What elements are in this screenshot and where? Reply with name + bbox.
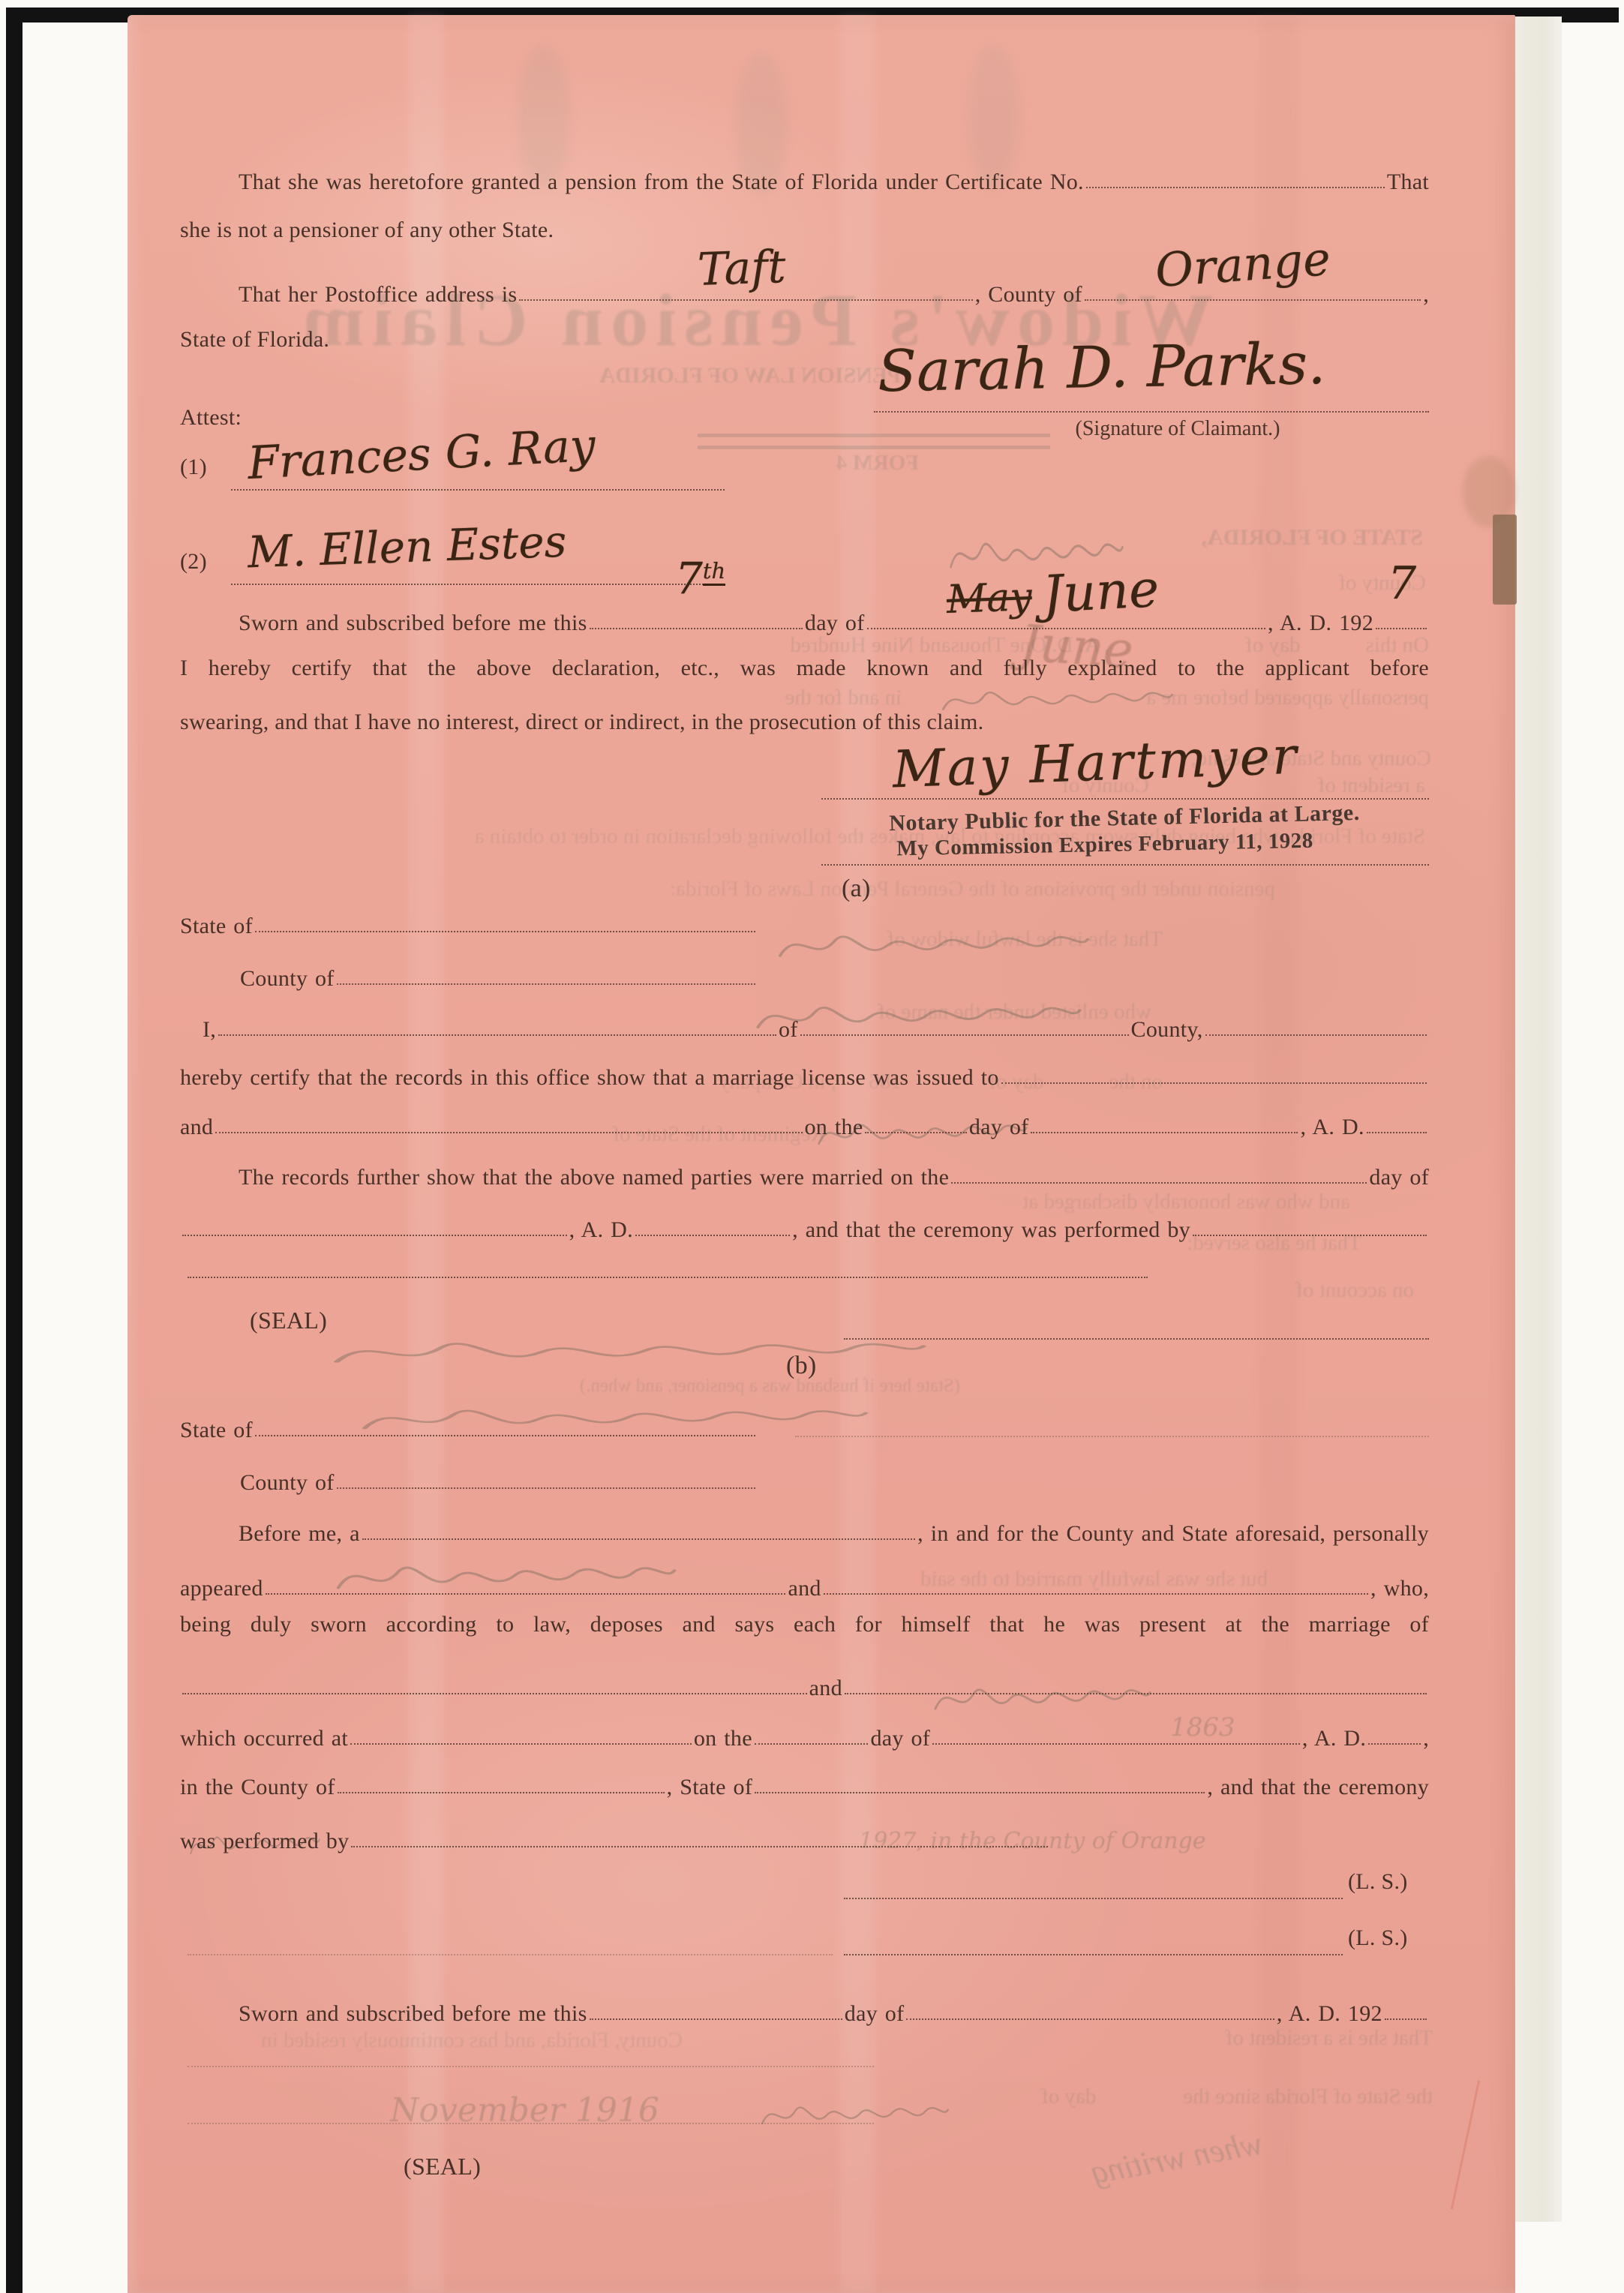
ceremony-line-a: , A. D. , and that the ceremony was perf… [180, 1207, 1429, 1241]
blank-day [590, 628, 803, 629]
ghost-state-header: STATE OF FLORIDA, [1164, 525, 1423, 550]
ghost-account-line: on account of [1241, 1279, 1414, 1303]
ghost-pensioner-note: (State here if husband was a pensioner, … [480, 1376, 960, 1397]
occurred-label: which occurred at [180, 1727, 348, 1750]
clerk-signature-line [844, 1338, 1429, 1340]
handwritten-month: June [1041, 564, 1160, 621]
certificate-line: That she was heretofore granted a pensio… [239, 159, 1429, 194]
ceremony-text: , and that the ceremony [1207, 1776, 1429, 1799]
handwritten-county: Orange [1154, 236, 1332, 294]
blank-day [755, 1743, 869, 1745]
scan-border-left [6, 8, 23, 2293]
handwritten-postoffice: Taft [697, 245, 786, 293]
seal-label-b: (SEAL) [404, 2153, 481, 2180]
trailing-comma: , [1423, 284, 1429, 306]
ghost-rule-line [188, 1954, 833, 1955]
appeared-label: appeared [180, 1577, 263, 1600]
appeared-line: appeared and , who, [180, 1565, 1429, 1600]
blank-year [635, 1235, 790, 1236]
license-date-line: and on the day of , A. D. [180, 1104, 1429, 1139]
performed-by-line: was performed by [180, 1818, 1050, 1853]
day-number: 7 [675, 553, 703, 604]
blank-officiant [1193, 1235, 1427, 1236]
witness1-line [231, 489, 725, 491]
handwritten-witness2: M. Ellen Estes [247, 520, 567, 575]
sworn-prefix: Sworn and subscribed before me this [239, 2003, 587, 2025]
witness2-number: (2) [180, 549, 207, 575]
ghost-month-offset: June [1019, 619, 1135, 676]
day-of-label: day of [870, 1727, 930, 1750]
day-of-label: day of [845, 2003, 905, 2025]
county-label: , County of [975, 284, 1082, 306]
signature-caption: (Signature of Claimant.) [983, 417, 1373, 441]
underlying-page-edge [1515, 17, 1562, 2222]
ad-label: , A. D. [569, 1219, 633, 1241]
witness2-line [231, 584, 725, 585]
ghost-handwriting-squiggle [758, 2094, 953, 2136]
state-of-line-b: State of [180, 1407, 758, 1442]
handwritten-claimant-signature: Sarah D. Parks. [877, 335, 1325, 400]
blank-month [1031, 1132, 1298, 1133]
ghost-rule [698, 446, 1050, 449]
county-state-line: in the County of , State of , and that t… [180, 1764, 1429, 1799]
blank-year [1385, 2018, 1427, 2020]
blank-witness1 [266, 1593, 786, 1595]
day-of-label: day of [805, 612, 865, 635]
blank-month [932, 1743, 1300, 1745]
signature-line [874, 411, 1429, 413]
couple-line: and [180, 1665, 1429, 1700]
day-of-label: day of [969, 1116, 1029, 1139]
blank-day [865, 1132, 966, 1133]
state-of-label: State of [180, 1419, 253, 1442]
ghost-jurat-line: On this day of , A. D. One Thousand Nine… [495, 634, 1429, 658]
certificate-that: That [1387, 171, 1429, 194]
blank-month [182, 1235, 567, 1236]
ad-label: , A. D. [1302, 1727, 1366, 1750]
day-of-label: day of [1369, 1166, 1429, 1189]
blank-state [255, 931, 755, 932]
ghost-resident-line2: That she is a resident of [1118, 2027, 1433, 2051]
pensioner-line: she is not a pensioner of any other Stat… [180, 218, 554, 243]
and-label: and [809, 1677, 842, 1700]
and-label: and [180, 1116, 213, 1139]
blank-marriage-day [951, 1182, 1367, 1184]
blank-bride [845, 1693, 1427, 1694]
blank-certificate-no [1086, 187, 1385, 188]
clerk-line: I, of County, [203, 1007, 1429, 1041]
address-label: That her Postoffice address is [239, 284, 517, 306]
handwritten-day: 7th [675, 557, 725, 600]
witness-signature-line2 [844, 1954, 1343, 1955]
ghost-resident-line3: County, Florida, and has continuously re… [188, 2029, 683, 2053]
blank-officiant [351, 1846, 1048, 1847]
i-label: I, [203, 1019, 216, 1041]
certificate-text: That she was heretofore granted a pensio… [239, 171, 1084, 194]
blank-place [350, 1743, 692, 1745]
ghost-rule-line [795, 1436, 1429, 1437]
handwritten-notary-signature: May Hartmyer [892, 731, 1300, 797]
of-label: of [779, 1019, 798, 1041]
witness1-number: (1) [180, 455, 207, 480]
county-of-label: County of [240, 1472, 335, 1494]
state-of-label: , State of [667, 1776, 752, 1799]
section-b-label: (b) [786, 1352, 817, 1380]
ad-label: , A. D. 192 [1268, 612, 1373, 635]
blank-day [590, 2018, 842, 2020]
state-line: State of Florida. [180, 327, 329, 353]
before-me-line: Before me, a , in and for the County and… [239, 1511, 1429, 1545]
ghost-form-number: FORM 4 [746, 452, 919, 476]
blank-county [338, 1792, 665, 1793]
state-of-label: State of [180, 915, 253, 938]
scanned-document: Widow's Pension Claim PENSION LAW OF FLO… [0, 0, 1624, 2293]
license-text: hereby certify that the records in this … [180, 1067, 999, 1089]
blank-state [755, 1792, 1205, 1793]
day-suffix: th [703, 558, 725, 586]
ghost-handwriting-squiggle [773, 921, 1095, 971]
blank-witness2 [824, 1593, 1368, 1595]
blank-state [255, 1435, 755, 1436]
ghost-rule-line [188, 2123, 874, 2124]
on-the-label: on the [694, 1727, 752, 1750]
seal-label-a: (SEAL) [250, 1307, 327, 1334]
and-label: and [788, 1577, 821, 1600]
performed-by-label: was performed by [180, 1830, 349, 1853]
duly-sworn-line: being duly sworn according to law, depos… [180, 1612, 1429, 1642]
continuation-line [188, 1277, 1148, 1278]
ghost-declaration-line: pension under the provisions of the Gene… [315, 878, 1275, 902]
in-and-for-text: , in and for the County and State afores… [917, 1523, 1429, 1545]
handwritten-year: 7 [1388, 561, 1416, 606]
ad-label: , A. D. [1300, 1116, 1364, 1139]
blank-clerk-name [218, 1034, 776, 1036]
jurat-line-b: Sworn and subscribed before me this day … [239, 1991, 1429, 2025]
certify-paragraph-line2: swearing, and that I have no interest, d… [180, 710, 983, 735]
county-of-line-b: County of [240, 1460, 758, 1494]
blank-year [1367, 1132, 1427, 1133]
attest-label: Attest: [180, 405, 242, 431]
before-me-label: Before me, a [239, 1523, 360, 1545]
county-of-label: County of [240, 968, 335, 990]
blank-year [1376, 628, 1427, 629]
blank-county-name [800, 1034, 1129, 1036]
notary-commission-line [821, 864, 1429, 866]
witness-signature-line1 [844, 1898, 1343, 1899]
occurred-line: which occurred at on the day of , A. D. … [180, 1715, 1429, 1750]
blank-county [1085, 299, 1421, 301]
handwritten-month-struck: May [946, 578, 1032, 620]
trailing-comma: , [1423, 1727, 1429, 1750]
blank-bride [215, 1132, 802, 1133]
section-a-label: (a) [842, 875, 871, 903]
state-of-line-a: State of [180, 903, 758, 938]
blank-year [1368, 1743, 1421, 1745]
certify-paragraph-line1: I hereby certify that the above declarat… [180, 656, 1429, 686]
county-comma-label: County, [1131, 1019, 1203, 1041]
county-of-line-a: County of [240, 956, 758, 990]
ceremony-text: , and that the ceremony was performed by [792, 1219, 1190, 1241]
jurat-line: Sworn and subscribed before me this day … [239, 600, 1429, 635]
who-label: , who, [1370, 1577, 1429, 1600]
blank-officer [362, 1538, 915, 1540]
ls-label1: (L. S.) [1348, 1869, 1408, 1895]
sworn-prefix: Sworn and subscribed before me this [239, 612, 587, 635]
blank-county [337, 1487, 755, 1489]
ghost-rule-line [188, 2066, 874, 2067]
blank-month [906, 2018, 1274, 2020]
records-text: The records further show that the above … [239, 1166, 949, 1189]
blank-state-name [1205, 1034, 1427, 1036]
married-on-line: The records further show that the above … [239, 1154, 1429, 1189]
on-the-label: on the [805, 1116, 863, 1139]
blank-groom [182, 1693, 807, 1694]
ls-label2: (L. S.) [1348, 1925, 1408, 1951]
ad-label: , A. D. 192 [1277, 2003, 1382, 2025]
blank-county [337, 983, 755, 985]
ghost-handwriting-squiggle [323, 1329, 938, 1376]
blank-postoffice [519, 299, 972, 301]
blank-groom [1001, 1082, 1427, 1084]
tape-fragment [1493, 515, 1517, 605]
in-county-label: in the County of [180, 1776, 335, 1799]
license-line: hereby certify that the records in this … [180, 1055, 1429, 1089]
